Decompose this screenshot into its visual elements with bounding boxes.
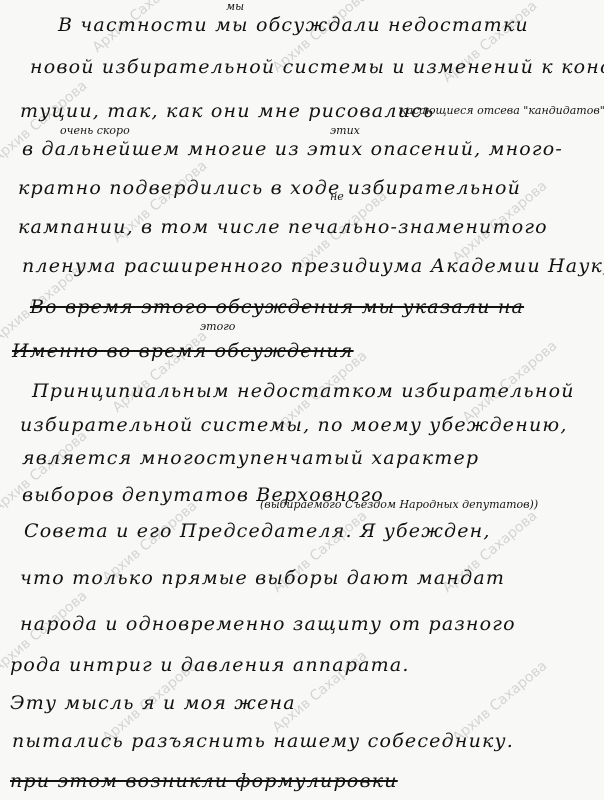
insertion-note: этого bbox=[200, 320, 235, 333]
text-line: Эту мысль я и моя жена bbox=[10, 692, 296, 714]
text-line: что только прямые выборы дают мандат bbox=[20, 567, 505, 589]
insertion-note: касающиеся отсева "кандидатов" bbox=[400, 104, 604, 117]
text-line: является многоступенчатый характер bbox=[22, 447, 479, 469]
text-line: пытались разъяснить нашему собеседнику. bbox=[12, 730, 514, 752]
text-line: Совета и его Председателя. Я убежден, bbox=[24, 520, 491, 542]
struck-text-line: Во время этого обсуждения мы указали на bbox=[30, 296, 524, 318]
insertion-note: не bbox=[330, 190, 344, 203]
text-line: кампании, в том числе печально-знаменито… bbox=[18, 216, 548, 238]
struck-text-line: Именно во время обсуждения bbox=[12, 340, 354, 362]
insertion-note: мы bbox=[226, 0, 244, 13]
insertion-note: очень скоро bbox=[60, 124, 130, 137]
text-line: туции, так, как они мне рисовались bbox=[20, 100, 434, 122]
manuscript-page: Архив СахароваАрхив СахароваАрхив Сахаро… bbox=[0, 0, 604, 800]
text-line: пленума расширенного президиума Академии… bbox=[22, 255, 604, 277]
insertion-note: (выбираемого Съездом Народных депутатов)… bbox=[260, 498, 538, 511]
text-line: избирательной системы, по моему убеждени… bbox=[20, 414, 568, 436]
text-line: В частности мы обсуждали недостатки bbox=[58, 14, 529, 36]
insertion-note: этих bbox=[330, 124, 360, 137]
text-line: в дальнейшем многие из этих опасений, мн… bbox=[22, 138, 563, 160]
text-line: новой избирательной системы и изменений … bbox=[30, 56, 604, 78]
text-line: рода интриг и давления аппарата. bbox=[10, 654, 410, 676]
text-line: кратно подвердились в ходе избирательной bbox=[18, 177, 521, 199]
struck-text-line: при этом возникли формулировки bbox=[10, 770, 398, 792]
text-line: Принципиальным недостатком избирательной bbox=[32, 380, 575, 402]
text-line: народа и одновременно защиту от разного bbox=[20, 613, 516, 635]
